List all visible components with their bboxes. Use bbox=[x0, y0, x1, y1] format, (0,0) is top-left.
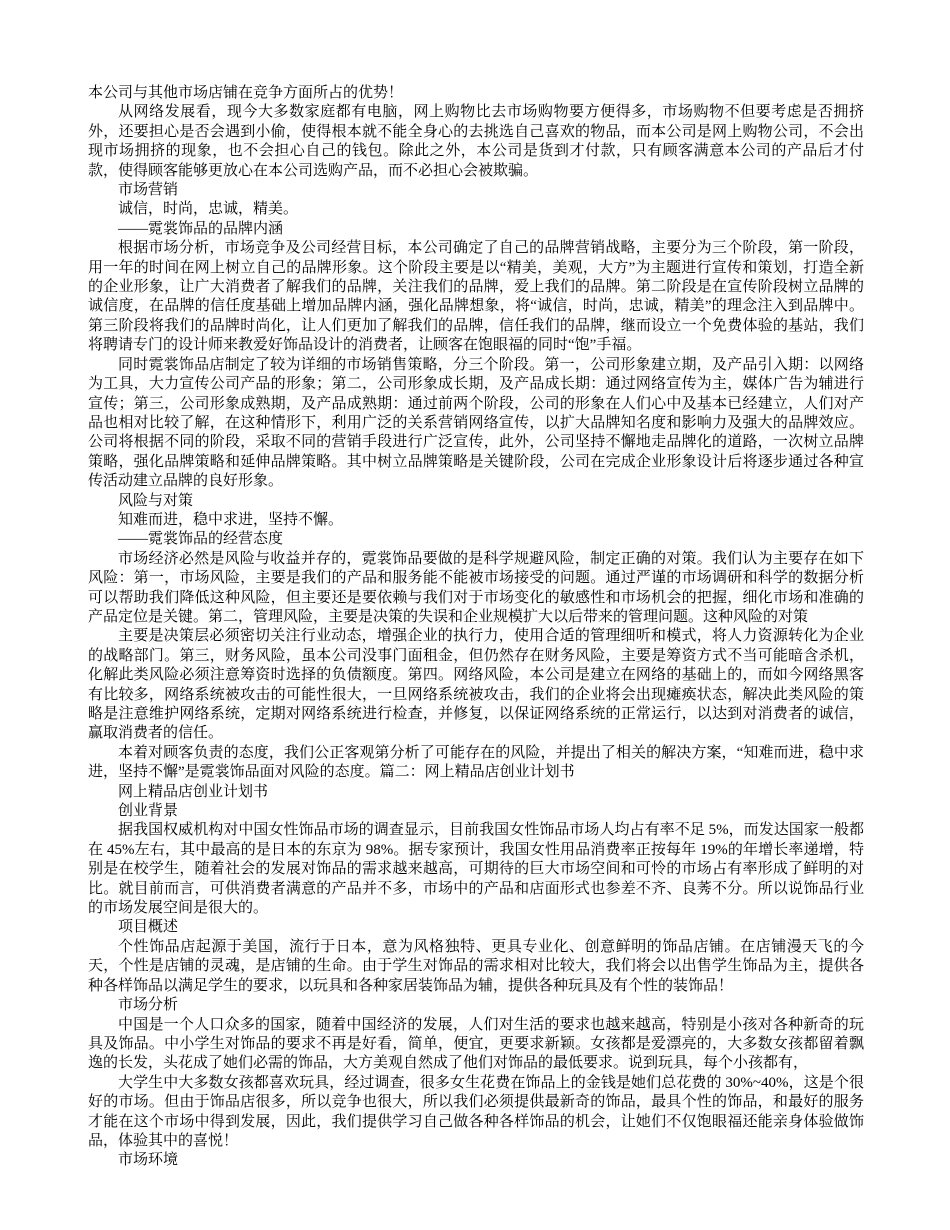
paragraph: ——霓裳饰品的品牌内涵 bbox=[88, 220, 864, 239]
paragraph: 大学生中大多数女孩都喜欢玩具，经过调查，很多女生花费在饰品上的金钱是她们总花费的… bbox=[88, 1074, 864, 1152]
paragraph: 知难而进，稳中求进，坚持不懈。 bbox=[88, 511, 864, 530]
paragraph: 市场分析 bbox=[88, 996, 864, 1015]
document-page: 本公司与其他市场店铺在竞争方面所占的优势！从网络发展看，现今大多数家庭都有电脑，… bbox=[0, 0, 950, 1230]
paragraph: 根据市场分析，市场竞争及公司经营目标，本公司确定了自己的品牌营销战略，主要分为三… bbox=[88, 239, 864, 355]
paragraph: 本公司与其他市场店铺在竞争方面所占的优势！ bbox=[88, 84, 864, 103]
paragraph: 中国是一个人口众多的国家，随着中国经济的发展，人们对生活的要求也越来越高，特别是… bbox=[88, 1016, 864, 1074]
paragraph: 从网络发展看，现今大多数家庭都有电脑，网上购物比去市场购物要方便得多，市场购物不… bbox=[88, 103, 864, 181]
paragraph: 市场营销 bbox=[88, 181, 864, 200]
paragraph: 主要是决策层必须密切关注行业动态，增强企业的执行力，使用合适的管理细听和模式，将… bbox=[88, 627, 864, 743]
paragraph: 本着对顾客负责的态度，我们公正客观第分析了可能存在的风险，并提出了相关的解决方案… bbox=[88, 744, 864, 783]
paragraph: 风险与对策 bbox=[88, 492, 864, 511]
paragraph: ——霓裳饰品的经营态度 bbox=[88, 530, 864, 549]
paragraph: 项目概述 bbox=[88, 918, 864, 937]
paragraph: 诚信，时尚，忠诚，精美。 bbox=[88, 200, 864, 219]
paragraph: 网上精品店创业计划书 bbox=[88, 783, 864, 802]
paragraph: 个性饰品店起源于美国，流行于日本，意为风格独特、更具专业化、创意鲜明的饰品店铺。… bbox=[88, 938, 864, 996]
paragraph: 创业背景 bbox=[88, 802, 864, 821]
document-body: 本公司与其他市场店铺在竞争方面所占的优势！从网络发展看，现今大多数家庭都有电脑，… bbox=[88, 84, 864, 1171]
paragraph: 同时霓裳饰品店制定了较为详细的市场销售策略，分三个阶段。第一，公司形象建立期，及… bbox=[88, 356, 864, 492]
paragraph: 市场经济必然是风险与收益并存的，霓裳饰品要做的是科学规避风险，制定正确的对策。我… bbox=[88, 550, 864, 628]
paragraph: 市场环境 bbox=[88, 1151, 864, 1170]
paragraph: 据我国权威机构对中国女性饰品市场的调查显示，目前我国女性饰品市场人均占有率不足 … bbox=[88, 821, 864, 918]
